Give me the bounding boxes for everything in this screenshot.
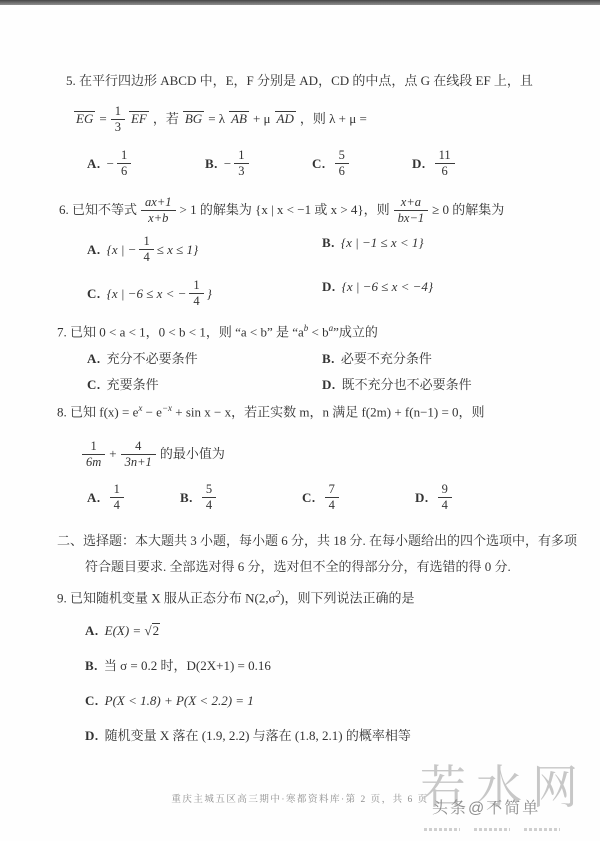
- question-8-stem: 8. 已知 f(x) = ex − e−x + sin x − x，若正实数 m…: [57, 402, 570, 421]
- watermark-small-text: [424, 828, 594, 831]
- question-8-options: A. 14 B. 54 C. 74 D. 94: [57, 482, 590, 528]
- stem-text: 8. 已知 f(x) = e: [57, 404, 138, 419]
- set-text: {x | −6 ≤ x < −: [107, 285, 187, 303]
- stem-text: ≥ 0 的解集为: [432, 201, 504, 219]
- fraction: 43n+1: [121, 439, 156, 470]
- option-text: 随机变量 X 落在 (1.9, 2.2) 与落在 (1.8, 2.1) 的概率相…: [105, 727, 411, 745]
- equals-sign: =: [99, 110, 106, 128]
- superscript: −x: [162, 403, 172, 413]
- fraction: 14: [110, 482, 124, 513]
- q7-option-c: C. 充要条件: [87, 376, 159, 394]
- q5-option-d: D. 116: [412, 148, 458, 179]
- fraction: 13: [234, 148, 248, 179]
- q5-option-b: B. − 13: [205, 148, 252, 179]
- fraction: 54: [202, 482, 216, 513]
- q6-option-b: B. {x | −1 ≤ x < 1}: [322, 234, 424, 252]
- formula-text: = λ: [208, 110, 225, 128]
- question-6-options-row1: A. {x | − 14 ≤ x ≤ 1} B. {x | −1 ≤ x < 1…: [57, 234, 590, 280]
- stem-text: < b: [308, 324, 328, 339]
- watermark-account-name: 头条@不简单: [432, 798, 540, 820]
- q7-option-d: D. 既不充分也不必要条件: [322, 376, 472, 394]
- fraction: 16: [117, 148, 131, 179]
- stem-text: 6. 已知不等式: [59, 201, 137, 219]
- option-text: 当 σ = 0.2 时，D(2X+1) = 0.16: [104, 657, 271, 675]
- fraction: 16m: [82, 439, 105, 470]
- set-text: {x | −: [107, 241, 137, 259]
- stem-text: 7. 已知 0 < a < 1，0 < b < 1，则 “a < b” 是 “a: [57, 324, 304, 339]
- fraction: x+abx−1: [394, 195, 428, 226]
- formula-text: 的最小值为: [160, 445, 225, 463]
- stem-text: ”成立的: [333, 324, 378, 339]
- fraction: 74: [325, 482, 339, 513]
- stem-text: − e: [142, 404, 162, 419]
- stem-text: )，则下列说法正确的是: [280, 590, 414, 605]
- q5-option-a: A. − 16: [87, 148, 134, 179]
- scan-edge-bar: [0, 0, 600, 5]
- fraction: 94: [438, 482, 452, 513]
- fraction: 116: [435, 148, 455, 179]
- q5-option-c: C. 56: [312, 148, 352, 179]
- option-text: 充分不必要条件: [107, 350, 198, 368]
- minus-sign: −: [107, 155, 114, 173]
- set-text: }: [207, 285, 212, 303]
- q6-option-a: A. {x | − 14 ≤ x ≤ 1}: [87, 234, 198, 265]
- question-8-formula: 16m + 43n+1 的最小值为: [80, 432, 570, 476]
- vector-eg: EG: [74, 111, 95, 127]
- vector-ad: AD: [275, 111, 296, 127]
- question-6-stem: 6. 已知不等式 ax+1x+b > 1 的解集为 {x | x < −1 或 …: [57, 188, 570, 232]
- question-9-option-d: D. 随机变量 X 落在 (1.9, 2.2) 与落在 (1.8, 2.1) 的…: [57, 727, 590, 749]
- formula-text: ，若: [153, 110, 179, 128]
- q8-option-d: D. 94: [415, 482, 455, 513]
- fraction: 14: [189, 278, 203, 309]
- q7-option-b: B. 必要不充分条件: [322, 350, 432, 368]
- question-9-option-c: C. P(X < 1.8) + P(X < 2.2) = 1: [57, 692, 590, 714]
- vector-ef: EF: [129, 111, 149, 127]
- minus-sign: −: [224, 155, 231, 173]
- fraction: 56: [335, 148, 349, 179]
- q7-option-a: A. 充分不必要条件: [87, 350, 198, 368]
- question-7-stem: 7. 已知 0 < a < 1，0 < b < 1，则 “a < b” 是 “a…: [57, 322, 570, 341]
- section-2-header-line2: 符合题目要求. 全部选对得 6 分，选对但不全的得部分分，有选错的得 0 分.: [85, 558, 570, 576]
- vector-ab: AB: [229, 111, 249, 127]
- fraction-one-third: 13: [111, 104, 125, 135]
- option-text: 充要条件: [107, 376, 159, 394]
- radicand: 2: [152, 623, 161, 638]
- question-7-options-row1: A. 充分不必要条件 B. 必要不充分条件: [57, 350, 590, 372]
- stem-text: + sin x − x，若正实数 m，n 满足 f(2m) + f(n−1) =…: [172, 404, 485, 419]
- option-text: P(X < 1.8) + P(X < 2.2) = 1: [105, 692, 254, 710]
- option-text: 既不充分也不必要条件: [342, 376, 472, 394]
- q8-option-c: C. 74: [302, 482, 342, 513]
- q6-option-d: D. {x | −6 ≤ x < −4}: [322, 278, 433, 296]
- fraction: 14: [139, 234, 153, 265]
- option-text: 必要不充分条件: [341, 350, 432, 368]
- exam-scan-page: 5. 在平行四边形 ABCD 中，E，F 分别是 AD，CD 的中点，点 G 在…: [0, 0, 600, 841]
- q8-option-b: B. 54: [180, 482, 219, 513]
- set-text: {x | −1 ≤ x < 1}: [341, 234, 424, 252]
- question-5-formula: EG = 13 EF ，若 BG = λ AB + μ AD ，则 λ + μ …: [72, 98, 570, 140]
- formula-text: + μ: [253, 110, 271, 128]
- question-9-option-b: B. 当 σ = 0.2 时，D(2X+1) = 0.16: [57, 657, 590, 679]
- fraction: ax+1x+b: [141, 195, 175, 226]
- question-9-option-a: A. E(X) = √ 2: [57, 622, 590, 646]
- question-5-stem: 5. 在平行四边形 ABCD 中，E，F 分别是 AD，CD 的中点，点 G 在…: [66, 72, 570, 90]
- q6-option-c: C. {x | −6 ≤ x < − 14 }: [87, 278, 212, 309]
- question-6-options-row2: C. {x | −6 ≤ x < − 14 } D. {x | −6 ≤ x <…: [57, 278, 590, 324]
- section-2-header-line1: 二、选择题：本大题共 3 小题，每小题 6 分，共 18 分. 在每小题给出的四…: [57, 532, 570, 550]
- stem-text: > 1 的解集为 {x | x < −1 或 x > 4}，则: [180, 201, 390, 219]
- set-text: {x | −6 ≤ x < −4}: [342, 278, 433, 296]
- vector-bg: BG: [183, 111, 204, 127]
- question-9-stem: 9. 已知随机变量 X 服从正态分布 N(2,σ2)，则下列说法正确的是: [57, 588, 570, 607]
- question-7-options-row2: C. 充要条件 D. 既不充分也不必要条件: [57, 376, 590, 398]
- watermark: 若水网 头条@不简单: [420, 764, 598, 838]
- q8-option-a: A. 14: [87, 482, 127, 513]
- option-text: E(X) = √: [105, 622, 152, 640]
- plus-sign: +: [109, 445, 116, 463]
- set-text: ≤ x ≤ 1}: [157, 241, 199, 259]
- formula-text: ，则 λ + μ =: [300, 110, 367, 128]
- stem-text: 9. 已知随机变量 X 服从正态分布 N(2,σ: [57, 590, 276, 605]
